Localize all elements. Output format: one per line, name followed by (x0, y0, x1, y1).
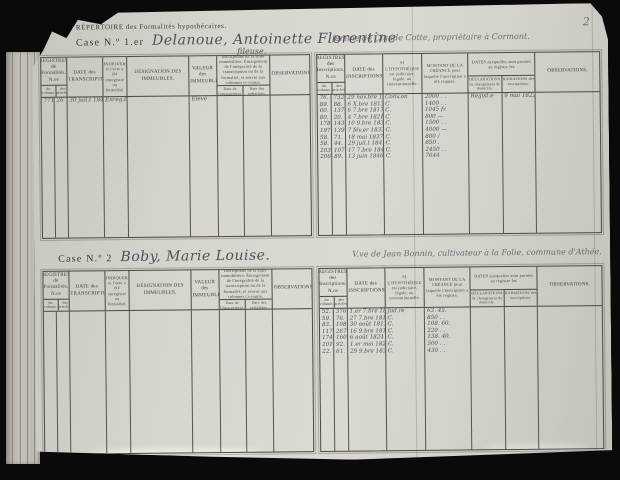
table-cell (217, 96, 243, 103)
subcol-declarations: DÉCLARATIONS de changement de domicile. (468, 76, 502, 93)
col-registres: REGISTRES des Inscriptions. N.os du volu… (317, 55, 345, 94)
table-body: 52.59.83.117.174.201.22. 376.76.108.267.… (320, 306, 603, 451)
body-col-enoncer (105, 311, 131, 453)
page-edge-line (27, 52, 28, 464)
case1-transcriptions-table: REGISTRES de Formalités. N.os du volume.… (40, 54, 312, 239)
body-col-hypotheque: Jud.reC.C.C.C.C.C. (385, 308, 426, 450)
col-registres-label: REGISTRES de Formalités. N.os (43, 272, 68, 299)
col-dates-subcols: DÉCLARATIONS de changement de domicile. … (468, 75, 535, 93)
subcol-articles: des articles. (58, 299, 69, 311)
body-col-declarations (471, 307, 506, 449)
table-body: 771 26 30 juil.t 1843 Enreg.t Élevé (42, 95, 311, 238)
subcol-emargement: Date de l'émargement. (217, 86, 244, 95)
body-col-radiations (504, 307, 539, 449)
subcol-articles: des articles. (334, 296, 347, 308)
col-enoncer: INDIQUER si l'acte a été enregistré ou f… (103, 57, 128, 96)
body-col-montant: 63. 45.850 . .108. 60.220 . .138. 40.500… (425, 307, 472, 449)
case1-label: Case N.º 1.er (76, 37, 144, 49)
ledger-scan: { "colors":{"background":"#0a0a0a","pape… (0, 0, 620, 480)
table-cell: 13 juin 1846 (346, 154, 383, 161)
subcol-volume: du volume. (44, 299, 59, 311)
col-dates-subcols: DÉCLARATIONS de changement de domicile. … (471, 289, 538, 307)
body-col-date: 30 juil.t 1843 (67, 97, 104, 237)
body-col-valeur (192, 310, 221, 452)
body-col-hypotheque: Conv.onC.C.C.C.C.C.C.C.C. (383, 94, 424, 234)
table-cell: 61. (334, 348, 347, 355)
body-col-emargement (219, 310, 247, 452)
col-dates-label: DATES auxquelles sont portées au registr… (470, 267, 537, 289)
table-cell (539, 346, 603, 353)
page-corner-mark: 2 (583, 15, 590, 28)
body-col-designation (128, 96, 191, 237)
table-header: REGISTRES de Formalités. N.os du volume.… (43, 269, 311, 312)
case2-heading: Case N.º 2Boby, Marie Louise. (58, 248, 270, 266)
case2-inscriptions-table: REGISTRES des Inscriptions. N.os du volu… (318, 265, 604, 452)
table-header: REGISTRES des Inscriptions. N.os du volu… (319, 266, 601, 309)
case1-inscriptions-table: REGISTRES des Inscriptions. N.os du volu… (316, 51, 602, 236)
body-col-observations (538, 306, 603, 449)
subcol-volume: du volume. (317, 82, 332, 94)
subcol-articles: des articles. (332, 82, 345, 94)
col-registres-label: REGISTRES des Inscriptions. N.os (319, 269, 346, 296)
body-col-observations (273, 309, 313, 451)
case2-name: Boby, Marie Louise. (120, 248, 270, 266)
table-cell (503, 152, 536, 159)
col-dates-label: DATES auxquelles sont portées au registr… (468, 53, 535, 75)
col-observations: OBSERVATIONS. (536, 52, 600, 92)
col-date: DATE des TRANSCRIPTIONS. (69, 271, 105, 310)
col-montant: MONTANT DE LA CRÉANCE pour laquelle l'in… (425, 267, 471, 306)
body-col-emargement (217, 96, 245, 236)
col-registres-subcols: du volume. des articles. (44, 298, 69, 311)
col-hypotheque: SI L'HYPOTHÈQUE est judiciaire, légale, … (385, 268, 425, 307)
col-date: DATE des INSCRIPTIONS. (345, 54, 383, 93)
table-cell: 26 (54, 98, 66, 105)
col-inscriptions: Inscriptions de la suite immobilière. Ém… (217, 56, 271, 96)
body-col-montant: 2000 . .1400 . .1045 fr.800 —1500 . .400… (423, 93, 470, 233)
col-observations: OBSERVATIONS. (270, 55, 309, 94)
subcol-radiations: Date des radiations. (246, 300, 272, 310)
table-cell: 22. (320, 348, 333, 355)
body-col-radiations (246, 310, 274, 452)
col-observations: OBSERVATIONS. (538, 266, 602, 306)
table-cell: C. (384, 153, 423, 160)
col-designation: DÉSIGNATION DES IMMEUBLES. (128, 56, 190, 96)
col-inscriptions-label: Inscriptions de la suite immobilière. Ém… (219, 270, 272, 300)
col-registres-label: REGISTRES de Formalités. N.os (41, 58, 66, 85)
page-edge-line (20, 52, 21, 464)
col-valeur: VALEUR des IMMEUBLES. (191, 270, 219, 309)
table-cell (505, 346, 538, 353)
table-body: 76.89.60.80.178.197.58.58.203.206. 732.8… (318, 92, 601, 235)
table-cell: 430 . . (425, 347, 470, 354)
subcol-articles: des articles. (56, 85, 67, 97)
subcol-radiations: Date des radiations. (244, 86, 270, 96)
table-cell (244, 96, 270, 103)
col-registres: REGISTRES des Inscriptions. N.os du volu… (319, 269, 347, 308)
subcol-radiations: RADIATIONS des inscriptions. (504, 290, 537, 307)
subcol-volume: du volume. (320, 296, 335, 308)
table-cell: Enreg.t (103, 97, 127, 104)
body-col-date (70, 311, 107, 453)
case2-margin-note: V.ve de Jean Bonnin, cultivateur à la Fo… (352, 247, 602, 259)
table-cell (537, 151, 601, 158)
table-cell (469, 152, 502, 159)
table-cell (271, 95, 310, 102)
col-observations: OBSERVATIONS. (273, 269, 312, 308)
table-cell: 206. (318, 154, 331, 161)
table-cell: Élevé (189, 96, 216, 103)
col-inscriptions-label: Inscriptions de la suite immobilière. Ém… (217, 56, 270, 86)
col-enoncer: INDIQUER si l'acte a été enregistré ou f… (105, 271, 130, 310)
col-hypotheque: SI L'HYPOTHÈQUE est judiciaire, légale, … (383, 54, 423, 93)
table-cell (128, 96, 189, 103)
table-cell (471, 347, 504, 354)
body-col-enoncer: Enreg.t (103, 97, 129, 237)
col-registres: REGISTRES de Formalités. N.os du volume.… (41, 58, 67, 97)
subcol-emargement: Date de l'émargement. (219, 300, 246, 309)
table-cell: 771 (42, 98, 54, 105)
col-inscriptions: Inscriptions de la suite immobilière. Ém… (219, 270, 273, 310)
body-col-declarations: Régist.e (468, 93, 503, 233)
body-col-valeur: Élevé (189, 96, 218, 236)
ledger-page: RÉPERTOIRE des Formalités hypothécaires.… (32, 3, 613, 463)
body-col-articles: 376.76.108.267.160.92.61. (334, 309, 349, 451)
subcol-volume: du volume. (41, 85, 56, 97)
body-col-articles: 732.88.137.20.143.139.71.44.107.89. (331, 95, 346, 235)
table-header: REGISTRES des Inscriptions. N.os du volu… (317, 52, 599, 95)
body-col-date: 1.er 7.bre 180827 7.bre 181130 août 1813… (348, 308, 387, 450)
col-inscriptions-subcols: Date de l'émargement. Date des radiation… (219, 299, 272, 310)
register-title: RÉPERTOIRE des Formalités hypothécaires. (76, 22, 227, 32)
col-date: DATE des TRANSCRIPTIONS. (67, 57, 103, 96)
col-designation: DÉSIGNATION DES IMMEUBLES. (130, 270, 192, 310)
body-col-designation (130, 310, 193, 453)
table-cell: 7644 (423, 153, 468, 160)
col-registres-label: REGISTRES des Inscriptions. N.os (317, 55, 344, 82)
table-cell: 89. (332, 154, 345, 161)
col-valeur: VALEUR des IMMEUBLES. (189, 56, 217, 95)
col-registres-subcols: du volume. des articles. (320, 295, 347, 308)
body-col-observations (536, 92, 601, 233)
table-cell: 29 9.bre 1835 (348, 348, 385, 355)
col-dates: DATES auxquelles sont portées au registr… (470, 267, 538, 307)
col-registres: REGISTRES de Formalités. N.os du volume.… (43, 272, 69, 311)
table-cell: 30 juil.t 1843 (67, 97, 102, 104)
col-inscriptions-subcols: Date de l'émargement. Date des radiation… (217, 85, 270, 96)
body-col-radiations (244, 96, 272, 236)
col-date: DATE des INSCRIPTIONS. (347, 268, 385, 307)
table-cell: C. (386, 347, 425, 354)
subcol-declarations: DÉCLARATIONS de changement de domicile. (471, 290, 505, 307)
col-dates: DATES auxquelles sont portées au registr… (468, 53, 536, 93)
body-col-volume: 52.59.83.117.174.201.22. (320, 309, 335, 451)
body-col-observations (271, 95, 311, 235)
subcol-radiations: RADIATIONS des inscriptions. (502, 76, 535, 93)
body-col-date: 29 nov.bre 18116 X.bre 18136 7.bre 18174… (345, 94, 384, 234)
case1-margin-note: femme de Claude Cotte, propriétaire à Co… (332, 32, 530, 43)
body-col-radiations: 9 mai 1822 (502, 93, 537, 233)
table-header: REGISTRES de Formalités. N.os du volume.… (41, 55, 309, 98)
body-col-volume: 76.89.60.80.178.197.58.58.203.206. (318, 95, 333, 235)
table-body (44, 309, 313, 454)
page-edge-line (12, 52, 13, 464)
col-registres-subcols: du volume. des articles. (41, 84, 66, 97)
col-montant: MONTANT DE LA CRÉANCE pour laquelle l'in… (422, 53, 468, 92)
case2-label: Case N.º 2 (58, 253, 112, 265)
case2-transcriptions-table: REGISTRES de Formalités. N.os du volume.… (42, 268, 314, 455)
col-registres-subcols: du volume. des articles. (317, 81, 344, 94)
